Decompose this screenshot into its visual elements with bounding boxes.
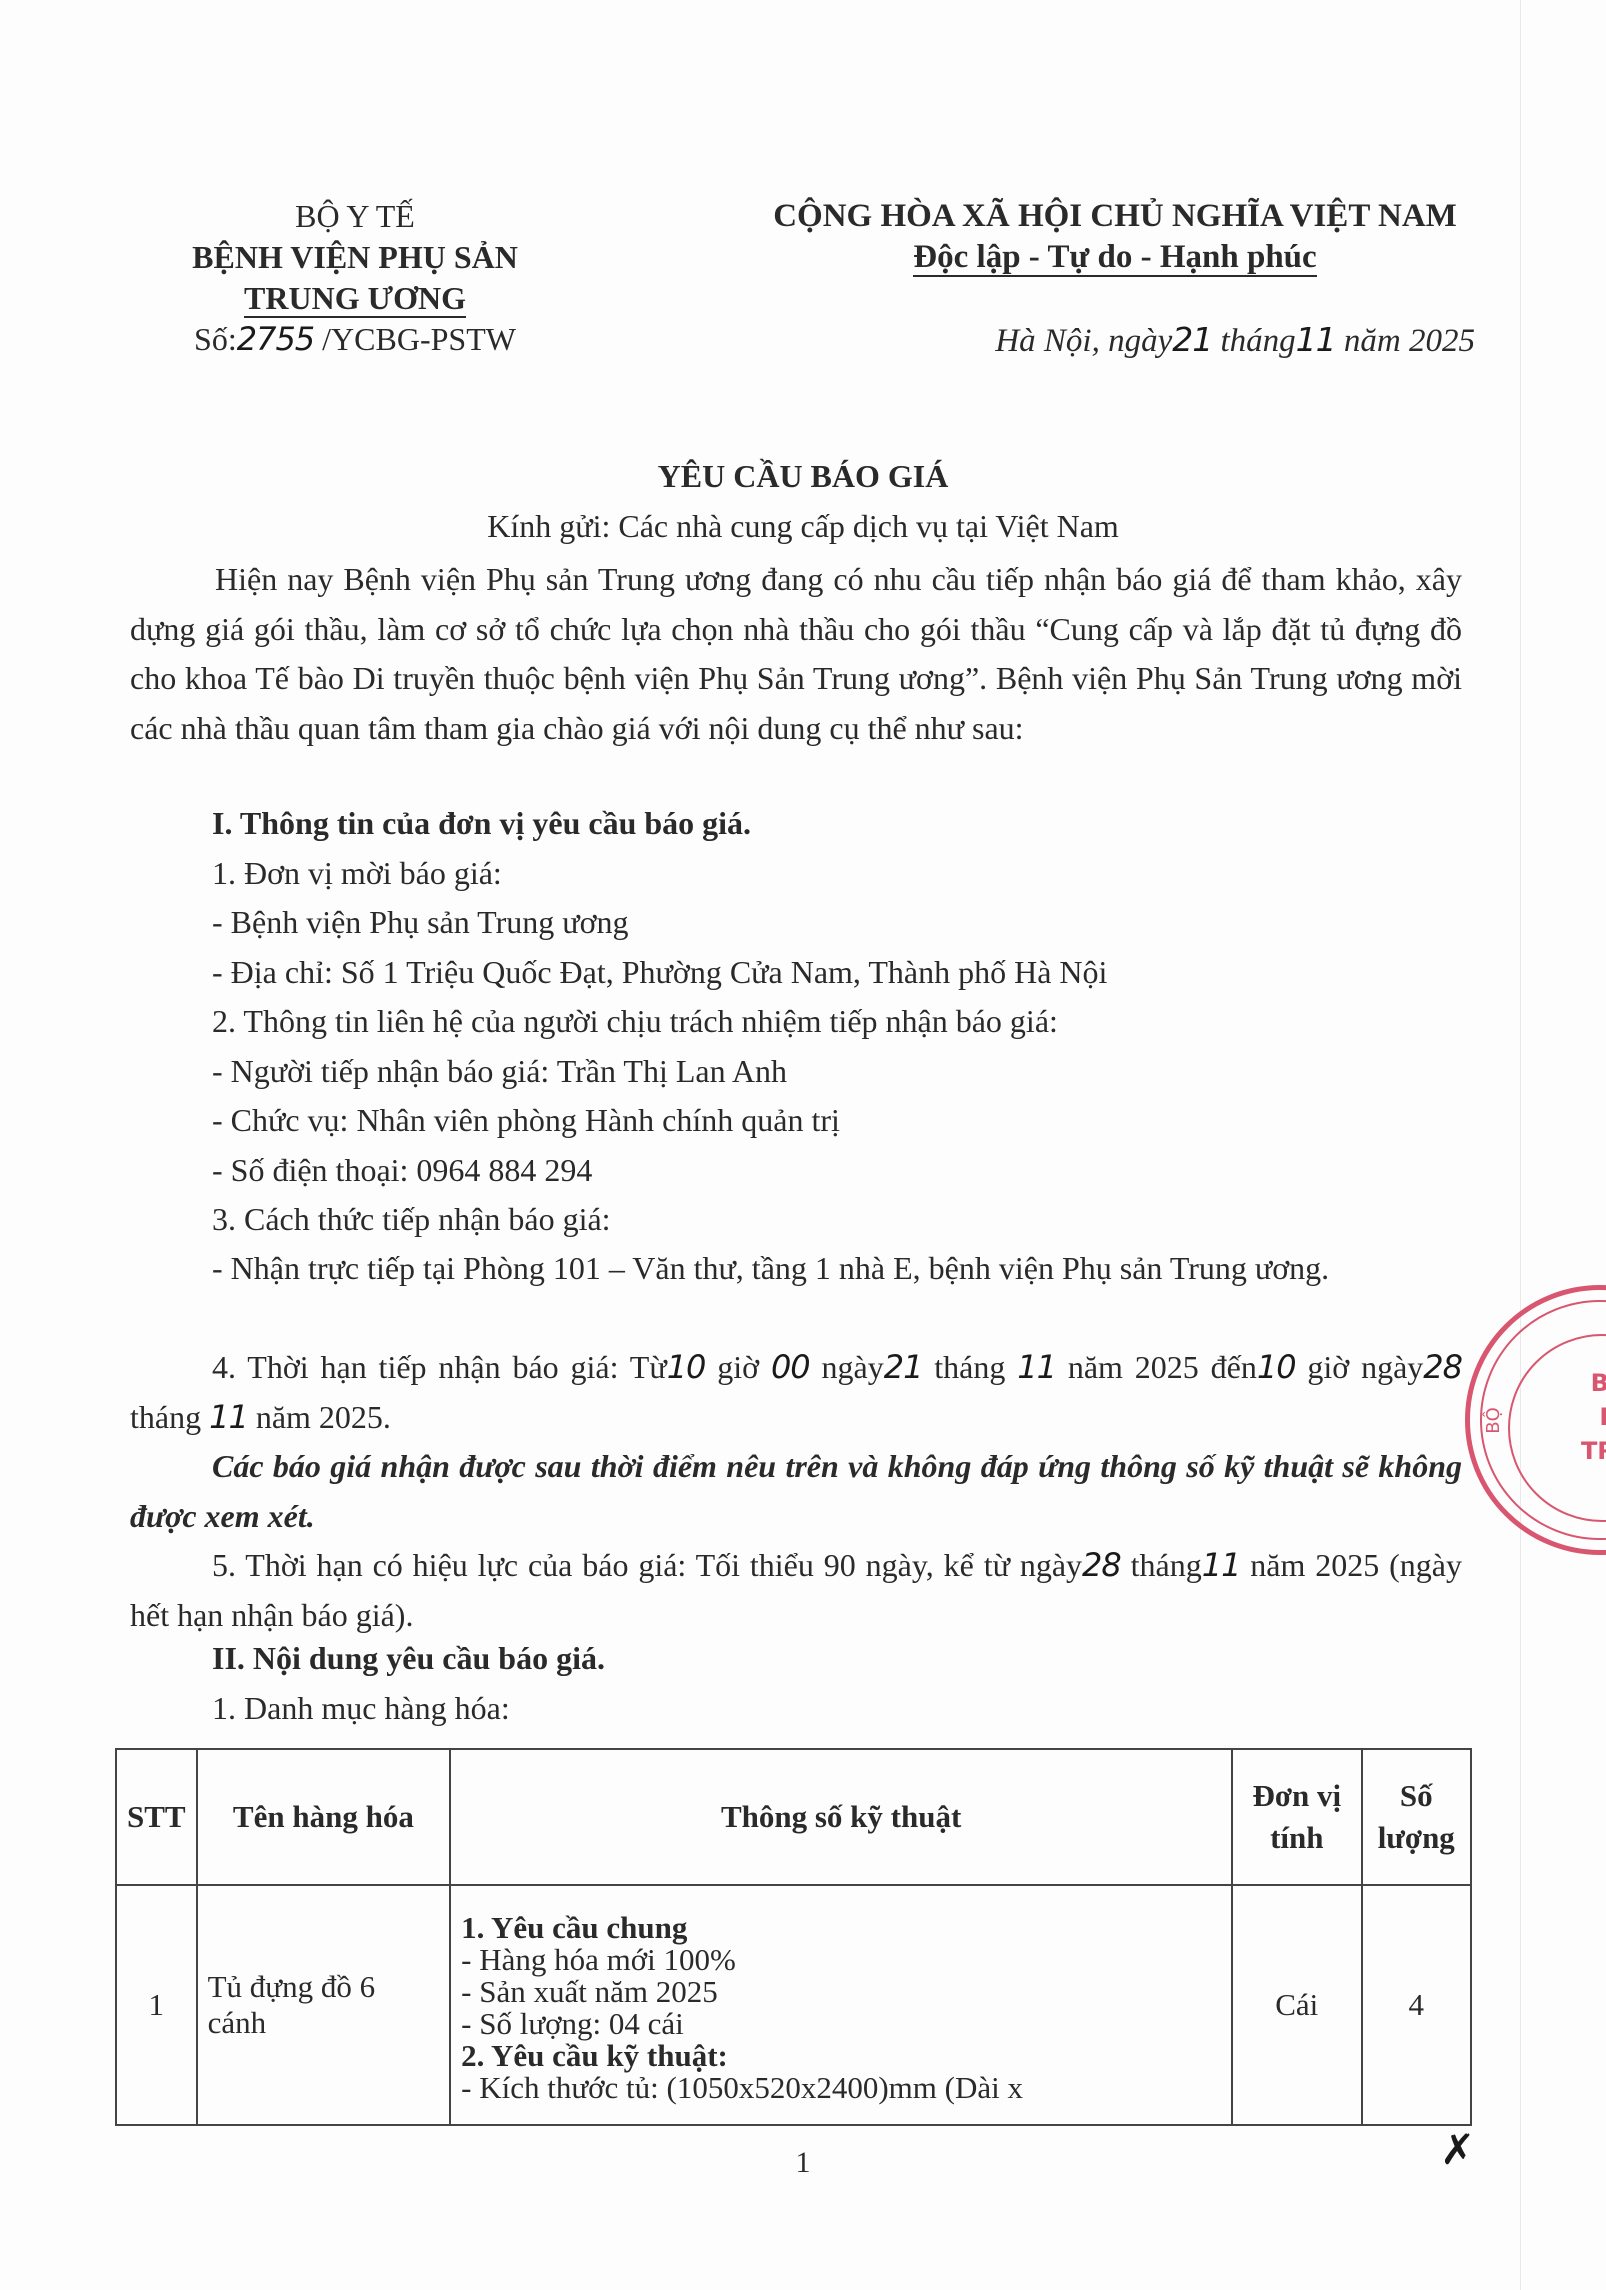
- contact-position: - Chức vụ: Nhân viên phòng Hành chính qu…: [212, 1102, 840, 1139]
- hospital-name: BỆNH VIỆN PHỤ SẢN: [150, 237, 560, 278]
- spec-line: - Sản xuất năm 2025: [461, 1976, 1221, 2008]
- document-date: Hà Nội, ngày21 tháng11 năm 2025: [900, 320, 1475, 360]
- item-2-title: 2. Thông tin liên hệ của người chịu trác…: [212, 1003, 1058, 1040]
- header-qty: Số lượng: [1362, 1749, 1472, 1885]
- cell-name: Tủ đựng đồ 6 cánh: [197, 1885, 451, 2125]
- goods-list-title: 1. Danh mục hàng hóa:: [212, 1690, 510, 1727]
- scan-artifact: [1520, 0, 1521, 2290]
- document-title: YÊU CẦU BÁO GIÁ: [0, 458, 1606, 495]
- national-motto: Độc lập - Tự do - Hạnh phúc: [913, 239, 1316, 277]
- hospital-name-line2: TRUNG ƯƠNG: [244, 280, 466, 318]
- cell-stt: 1: [116, 1885, 197, 2125]
- spec-line: - Hàng hóa mới 100%: [461, 1944, 1221, 1976]
- section-2-heading: II. Nội dung yêu cầu báo giá.: [212, 1640, 605, 1677]
- document-number: Số:2755 /YCBG-PSTW: [150, 319, 560, 360]
- greeting: Kính gửi: Các nhà cung cấp dịch vụ tại V…: [0, 508, 1606, 545]
- cell-qty: 4: [1362, 1885, 1472, 2125]
- item-1-title: 1. Đơn vị mời báo giá:: [212, 855, 502, 892]
- table-row: 1 Tủ đựng đồ 6 cánh 1. Yêu cầu chung - H…: [116, 1885, 1471, 2125]
- official-stamp: BỘ BỆNH PHỤ TRUNG: [1465, 1285, 1606, 1555]
- item-3-title: 3. Cách thức tiếp nhận báo giá:: [212, 1201, 611, 1238]
- section-1-heading: I. Thông tin của đơn vị yêu cầu báo giá.: [212, 805, 751, 842]
- handwritten-to-month: 11: [209, 1398, 248, 1436]
- country-name: CỘNG HÒA XÃ HỘI CHỦ NGHĨA VIỆT NAM: [735, 196, 1495, 237]
- header-stt: STT: [116, 1749, 197, 1885]
- late-submission-warning: Các báo giá nhận được sau thời điểm nêu …: [130, 1442, 1462, 1541]
- item-4-deadline: 4. Thời hạn tiếp nhận báo giá: Từ10 giờ …: [130, 1343, 1462, 1442]
- handwritten-to-hour: 10: [1257, 1348, 1296, 1386]
- contact-phone: - Số điện thoại: 0964 884 294: [212, 1152, 592, 1189]
- organization-name: - Bệnh viện Phụ sản Trung ương: [212, 904, 629, 941]
- handwritten-valid-day: 28: [1082, 1546, 1121, 1584]
- header-unit: Đơn vị tính: [1232, 1749, 1361, 1885]
- stamp-text: BỆNH PHỤ TRUNG: [1528, 1366, 1606, 1468]
- spec-general-heading: 1. Yêu cầu chung: [461, 1912, 1221, 1944]
- handwritten-to-day: 28: [1423, 1348, 1462, 1386]
- page-number: 1: [0, 2146, 1606, 2180]
- spec-line: - Kích thước tủ: (1050x520x2400)mm (Dài …: [461, 2072, 1221, 2104]
- ministry-name: BỘ Y TẾ: [150, 196, 560, 237]
- spec-line: - Số lượng: 04 cái: [461, 2008, 1221, 2040]
- spec-technical-heading: 2. Yêu cầu kỹ thuật:: [461, 2040, 1221, 2072]
- issuing-authority: BỘ Y TẾ BỆNH VIỆN PHỤ SẢN TRUNG ƯƠNG Số:…: [150, 196, 560, 360]
- handwritten-from-day: 21: [884, 1348, 923, 1386]
- cell-spec: 1. Yêu cầu chung - Hàng hóa mới 100% - S…: [450, 1885, 1232, 2125]
- header-name: Tên hàng hóa: [197, 1749, 451, 1885]
- handwritten-from-hour: 10: [667, 1348, 706, 1386]
- national-header: CỘNG HÒA XÃ HỘI CHỦ NGHĨA VIỆT NAM Độc l…: [735, 196, 1495, 278]
- cell-unit: Cái: [1232, 1885, 1361, 2125]
- handwritten-valid-month: 11: [1202, 1546, 1241, 1584]
- initial-signature-mark: ✗: [1440, 2125, 1474, 2174]
- table-header-row: STT Tên hàng hóa Thông số kỹ thuật Đơn v…: [116, 1749, 1471, 1885]
- goods-table: STT Tên hàng hóa Thông số kỹ thuật Đơn v…: [115, 1748, 1472, 2126]
- stamp-side-text: BỘ: [1483, 1407, 1504, 1434]
- item-5-validity: 5. Thời hạn có hiệu lực của báo giá: Tối…: [130, 1541, 1462, 1640]
- receive-method: - Nhận trực tiếp tại Phòng 101 – Văn thư…: [130, 1244, 1462, 1294]
- handwritten-from-minute: 00: [771, 1348, 810, 1386]
- handwritten-number: 2755: [237, 320, 314, 358]
- handwritten-from-month: 11: [1017, 1348, 1056, 1386]
- handwritten-month: 11: [1296, 320, 1336, 359]
- organization-address: - Địa chỉ: Số 1 Triệu Quốc Đạt, Phường C…: [212, 954, 1107, 991]
- header-spec: Thông số kỹ thuật: [450, 1749, 1232, 1885]
- intro-paragraph: Hiện nay Bệnh viện Phụ sản Trung ương đa…: [130, 555, 1462, 753]
- contact-person: - Người tiếp nhận báo giá: Trần Thị Lan …: [212, 1053, 787, 1090]
- handwritten-day: 21: [1172, 320, 1212, 359]
